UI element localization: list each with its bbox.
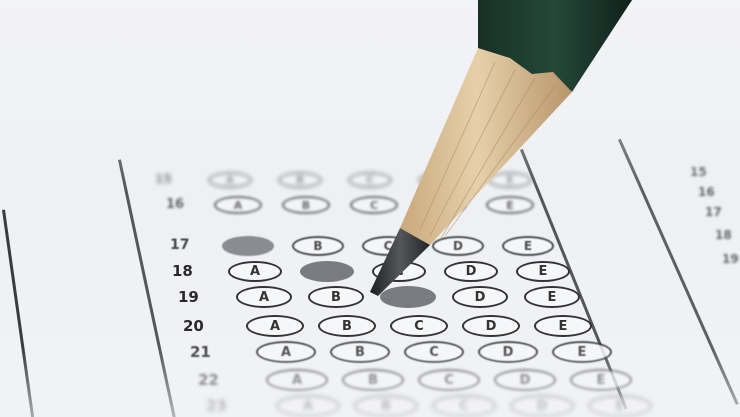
pencil-icon (0, 0, 740, 417)
answer-sheet-photo: 15ABCDE16ABCDE17ABCDE18ABCDE19ABCDE20ABC… (0, 0, 740, 417)
